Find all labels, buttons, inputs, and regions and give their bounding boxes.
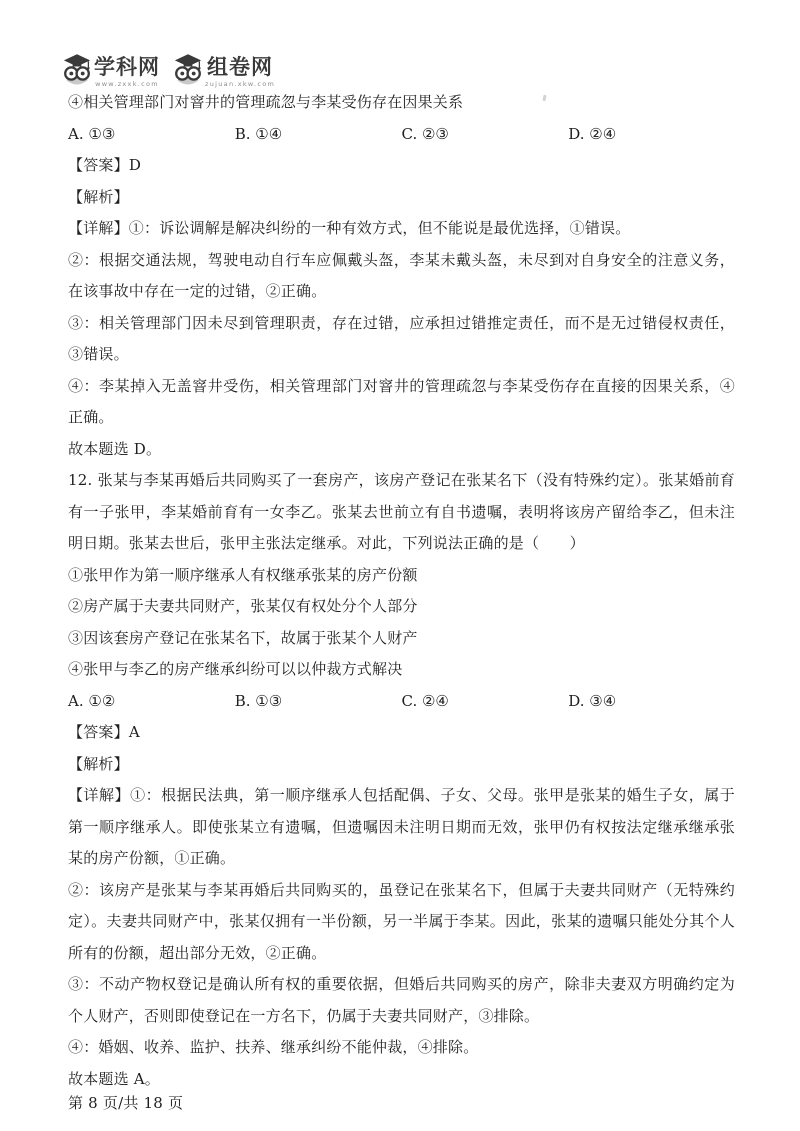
question-point: ④张甲与李乙的房产继承纠纷可以以仲裁方式解决: [68, 654, 735, 686]
question-point: ④相关管理部门对窨井的管理疏忽与李某受伤存在因果关系: [68, 87, 735, 119]
conclusion-line: 故本题选 D。: [68, 434, 735, 466]
detail-paragraph: ③：相关管理部门因未尽到管理职责，存在过错，应承担过错推定责任，而不是无过错侵权…: [68, 308, 735, 371]
detail-paragraph: 【详解】①：诉讼调解是解决纠纷的一种有效方式，但不能说是最优选择，①错误。: [68, 213, 735, 245]
option-a: A. ①③: [68, 119, 235, 151]
option-c: C. ②④: [402, 686, 569, 718]
answer-value: D: [129, 156, 141, 174]
question-point: ②房产属于夫妻共同财产，张某仅有权处分个人部分: [68, 591, 735, 623]
logo-zujuan: 组卷网 zujuan.xkw.com: [174, 52, 275, 88]
option-c: C. ②③: [402, 119, 569, 151]
detail-paragraph: ④：李某掉入无盖窨井受伤，相关管理部门对窨井的管理疏忽与李某受伤存在直接的因果关…: [68, 371, 735, 434]
brand-block: 组卷网 zujuan.xkw.com: [205, 52, 275, 88]
detail-paragraph: ④：婚姻、收养、监护、扶养、继承纠纷不能仲裁，④排除。: [68, 1032, 735, 1064]
brand-logos: 学科网 www.zxxk.com 组卷网 zujuan.xkw.com: [63, 52, 275, 88]
detail-paragraph: ②：该房产是张某与李某再婚后共同购买的，虽登记在张某名下，但属于夫妻共同财产（无…: [68, 875, 735, 970]
detail-paragraph: 【详解】①：根据民法典，第一顺序继承人包括配偶、子女、父母。张甲是张某的婚生子女…: [68, 780, 735, 875]
answer-label: 【答案】: [68, 156, 129, 174]
logo-zxxk: 学科网 www.zxxk.com: [63, 52, 160, 88]
brand-name: 学科网: [94, 56, 160, 78]
owl-graduate-icon: [174, 52, 202, 88]
question-stem: 12. 张某与李某再婚后共同购买了一套房产，该房产登记在张某名下（没有特殊约定）…: [68, 465, 735, 560]
brand-block: 学科网 www.zxxk.com: [94, 52, 160, 88]
document-page: 学科网 www.zxxk.com 组卷网 zujuan.xkw.com: [0, 0, 800, 1131]
document-content: ④相关管理部门对窨井的管理疏忽与李某受伤存在因果关系 A. ①③ B. ①④ C…: [68, 87, 735, 1120]
option-d: D. ②④: [568, 119, 735, 151]
option-a: A. ①②: [68, 686, 235, 718]
options-row: A. ①② B. ①③ C. ②④ D. ③④: [68, 686, 735, 718]
option-b: B. ①③: [235, 686, 402, 718]
analysis-label: 【解析】: [68, 749, 735, 781]
question-point: ①张甲作为第一顺序继承人有权继承张某的房产份额: [68, 560, 735, 592]
answer-line: 【答案】A: [68, 717, 735, 749]
owl-graduate-icon: [63, 52, 91, 88]
question-point: ③因该套房产登记在张某名下，故属于张某个人财产: [68, 623, 735, 655]
answer-label: 【答案】: [68, 723, 129, 741]
page-footer: 第 8 页/共 18 页: [68, 1088, 735, 1120]
option-d: D. ③④: [568, 686, 735, 718]
brand-name: 组卷网: [207, 56, 273, 78]
options-row: A. ①③ B. ①④ C. ②③ D. ②④: [68, 119, 735, 151]
answer-value: A: [129, 723, 140, 741]
analysis-label: 【解析】: [68, 182, 735, 214]
option-b: B. ①④: [235, 119, 402, 151]
answer-line: 【答案】D: [68, 150, 735, 182]
detail-paragraph: ②：根据交通法规，驾驶电动自行车应佩戴头盔，李某未戴头盔，未尽到对自身安全的注意…: [68, 245, 735, 308]
detail-paragraph: ③：不动产物权登记是确认所有权的重要依据，但婚后共同购买的房产，除非夫妻双方明确…: [68, 969, 735, 1032]
